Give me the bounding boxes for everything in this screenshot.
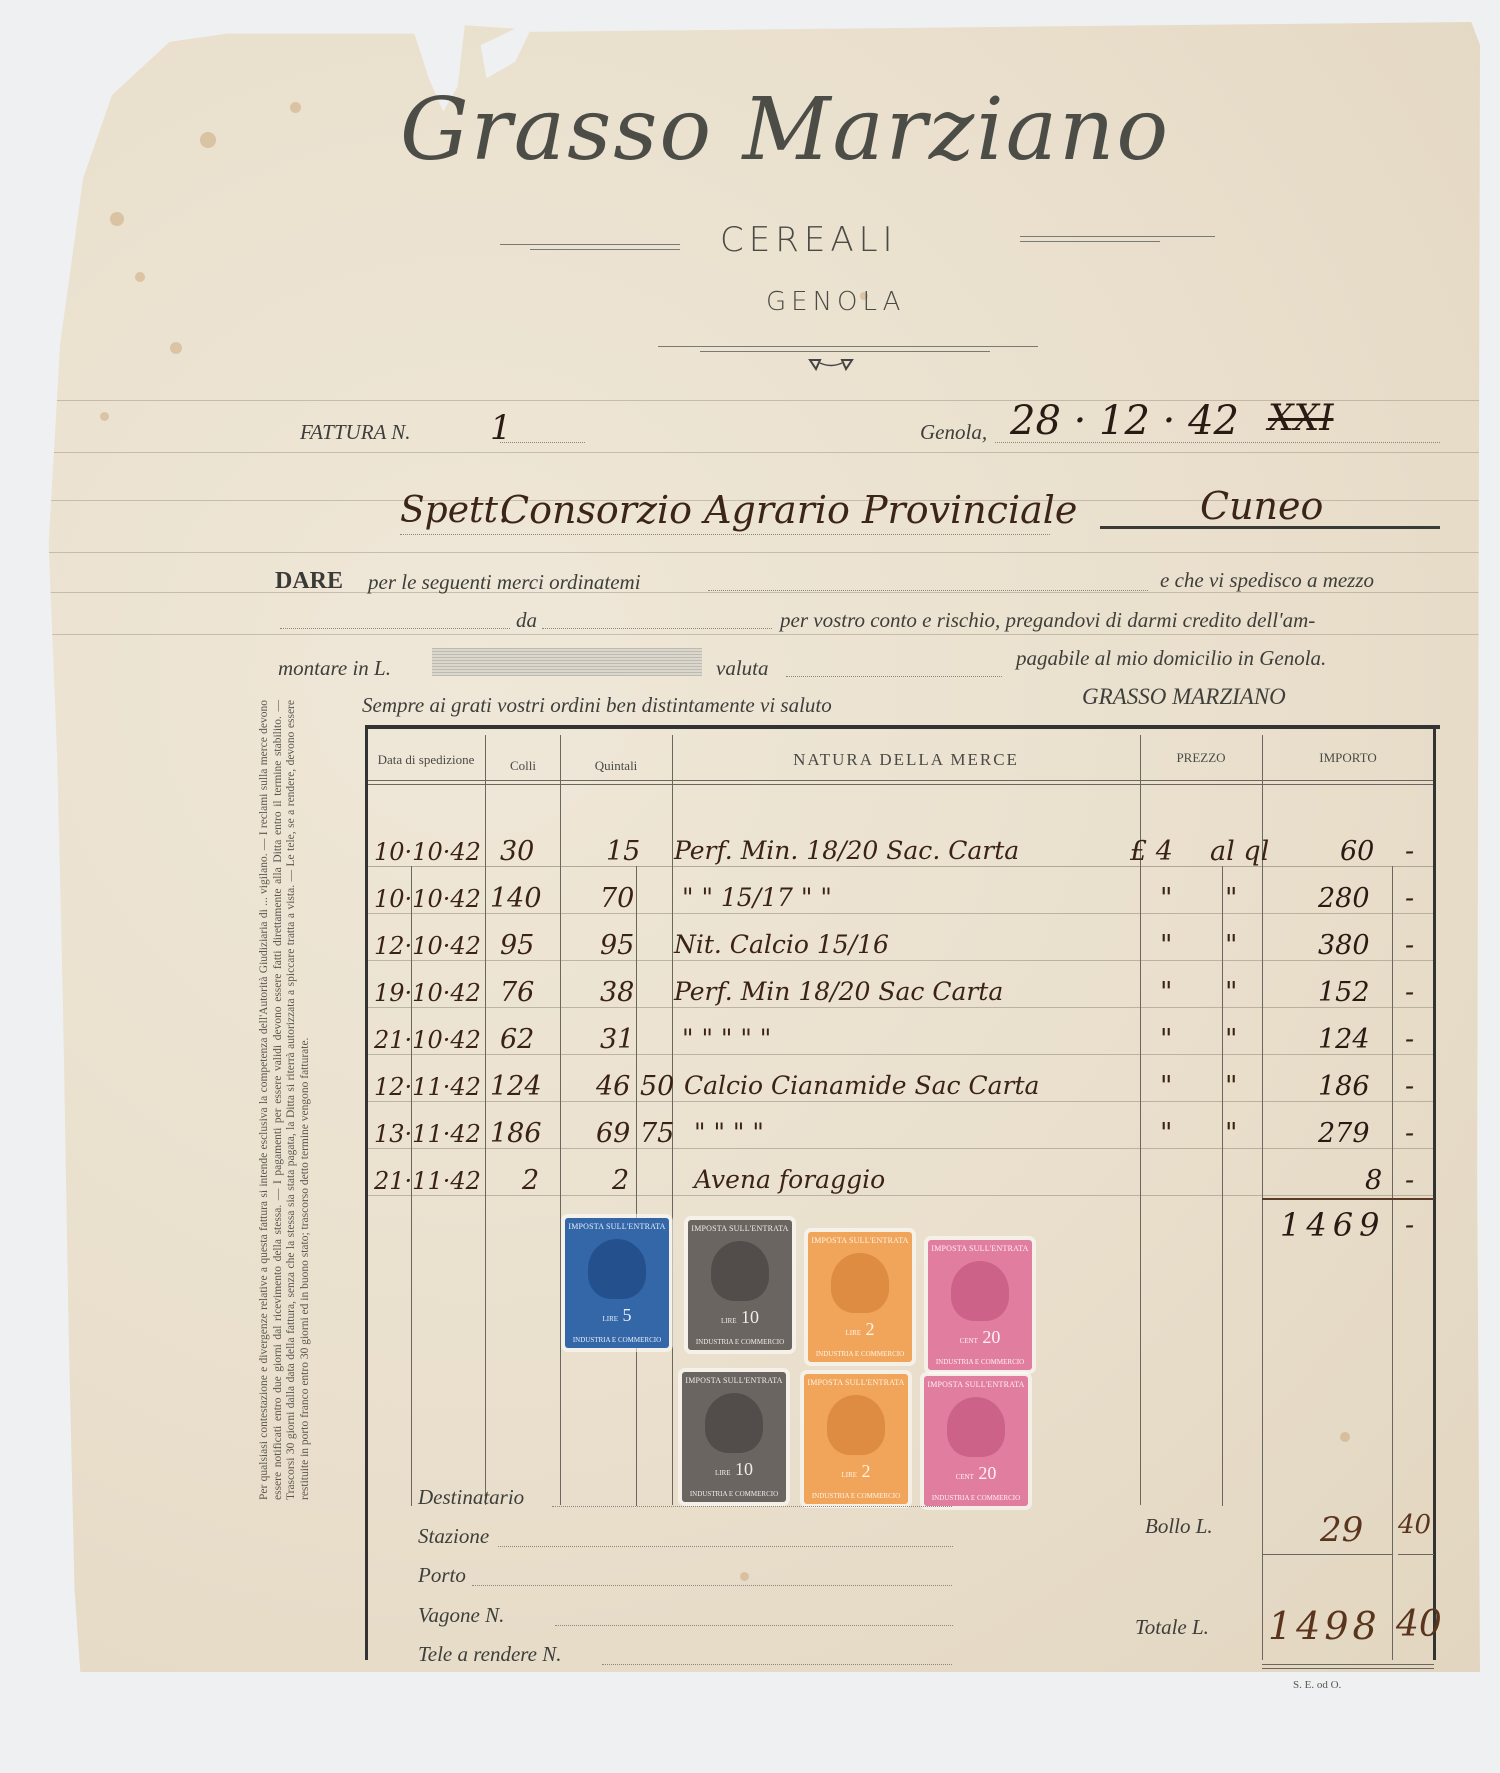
cell-date: 13·11·42 xyxy=(374,1120,481,1148)
trade-label: CEREALI xyxy=(720,220,898,260)
revenue-stamp: IMPOSTA SULL'ENTRATA LIRE 2 INDUSTRIA E … xyxy=(808,1232,912,1362)
dotted-field xyxy=(708,590,1148,591)
cell-colli: 186 xyxy=(490,1118,542,1149)
ruled-line xyxy=(40,634,1480,635)
cell-amount: 280 xyxy=(1318,883,1370,914)
recipient-name: Consorzio Agrario Provinciale xyxy=(500,488,1077,532)
stamp-header: IMPOSTA SULL'ENTRATA xyxy=(811,1236,908,1245)
cell-amount: 124 xyxy=(1318,1024,1370,1055)
cell-quintali-decimal: 50 xyxy=(640,1071,674,1102)
stamp-footer: INDUSTRIA E COMMERCIO xyxy=(932,1494,1020,1502)
stain xyxy=(110,212,124,226)
cell-amount: 60 xyxy=(1340,836,1374,867)
header-rule xyxy=(368,780,1433,781)
stamp-value: 20 xyxy=(982,1327,1000,1347)
bollo-cents: 40 xyxy=(1398,1510,1431,1540)
mercury-head-icon xyxy=(831,1253,889,1313)
subtotal-rule xyxy=(1262,1198,1434,1200)
destinatario-field xyxy=(552,1506,952,1507)
table-left-border xyxy=(365,728,368,1660)
dotted-field xyxy=(280,628,510,629)
cell-date: 12·11·42 xyxy=(374,1073,481,1101)
revenue-stamp: IMPOSTA SULL'ENTRATA CENT 20 INDUSTRIA E… xyxy=(928,1240,1032,1370)
cell-date: 21·10·42 xyxy=(374,1026,481,1054)
dotted-field xyxy=(786,676,1002,677)
preamble-line2b: per vostro conto e rischio, pregandovi d… xyxy=(780,608,1315,633)
ruled-line xyxy=(40,452,1480,453)
preamble-line1b: e che vi spedisco a mezzo xyxy=(1160,568,1374,593)
subtotal-cents: - xyxy=(1405,1210,1414,1241)
cell-colli: 62 xyxy=(500,1024,534,1055)
invoice-number-label: FATTURA N. xyxy=(300,420,410,445)
header-price: PREZZO xyxy=(1141,750,1261,765)
stamp-value: 5 xyxy=(623,1305,632,1325)
city-underline xyxy=(1100,526,1440,529)
stazione-label: Stazione xyxy=(418,1524,489,1549)
cell-price: " xyxy=(1160,977,1172,1008)
stain xyxy=(135,272,145,282)
stamp-unit: LIRE xyxy=(845,1329,861,1337)
stamp-header: IMPOSTA SULL'ENTRATA xyxy=(568,1222,665,1231)
cell-quintali: 95 xyxy=(600,930,634,961)
stain xyxy=(200,132,216,148)
mercury-head-icon xyxy=(947,1397,1005,1457)
mercury-head-icon xyxy=(827,1395,885,1455)
cell-colli: 30 xyxy=(500,836,534,867)
preamble-line1a: per le seguenti merci ordinatemi xyxy=(368,570,641,595)
column-divider xyxy=(1222,866,1223,1506)
town-label: GENOLA xyxy=(766,287,905,317)
cell-price-unit: " xyxy=(1225,977,1237,1008)
column-divider xyxy=(560,735,561,1505)
terms-margin-note: Per qualsiasi contestazione e divergenze… xyxy=(258,700,312,1500)
bollo-value: 29 xyxy=(1320,1510,1363,1550)
preamble-line3c: pagabile al mio domicilio in Genola. xyxy=(1016,646,1326,671)
divider-line xyxy=(500,244,680,245)
stain xyxy=(170,342,182,354)
tele-field xyxy=(602,1664,952,1665)
cell-date: 10·10·42 xyxy=(374,838,481,866)
cell-price-unit: " xyxy=(1225,883,1237,914)
stain xyxy=(1340,1432,1350,1442)
cell-amount-cents: - xyxy=(1405,1118,1414,1149)
cell-amount: 152 xyxy=(1318,977,1370,1008)
revenue-stamp: IMPOSTA SULL'ENTRATA CENT 20 INDUSTRIA E… xyxy=(924,1376,1028,1506)
cell-price: £ 4 xyxy=(1130,836,1173,867)
dare-label: DARE xyxy=(275,568,343,595)
cell-colli: 124 xyxy=(490,1071,542,1102)
ruled-line xyxy=(40,552,1480,553)
revenue-stamp: IMPOSTA SULL'ENTRATA LIRE 5 INDUSTRIA E … xyxy=(565,1218,669,1348)
stamp-footer: INDUSTRIA E COMMERCIO xyxy=(816,1350,904,1358)
dotted-field xyxy=(542,628,772,629)
cell-date: 21·11·42 xyxy=(374,1167,481,1195)
cell-goods: Perf. Min. 18/20 Sac. Carta xyxy=(674,836,1019,865)
place-label: Genola, xyxy=(920,420,987,445)
cell-colli: 140 xyxy=(490,883,542,914)
column-divider xyxy=(485,735,486,1505)
header-amount: IMPORTO xyxy=(1263,750,1433,765)
stamp-footer: INDUSTRIA E COMMERCIO xyxy=(696,1338,784,1346)
cell-date: 12·10·42 xyxy=(374,932,481,960)
signature-print: GRASSO MARZIANO xyxy=(1082,684,1286,710)
cell-quintali-decimal: 75 xyxy=(640,1118,674,1149)
header-date: Data di spedizione xyxy=(370,752,482,767)
table-right-border xyxy=(1433,728,1436,1660)
bow-ornament-icon xyxy=(808,358,854,372)
dotted-field xyxy=(995,442,1440,443)
stamp-value: 10 xyxy=(735,1459,753,1479)
cell-amount-cents: - xyxy=(1405,977,1414,1008)
cell-amount-cents: - xyxy=(1405,930,1414,961)
header-rule xyxy=(368,784,1433,785)
stamp-header: IMPOSTA SULL'ENTRATA xyxy=(931,1244,1028,1253)
cell-quintali: 2 xyxy=(612,1165,629,1196)
cell-amount-cents: - xyxy=(1405,836,1414,867)
stain xyxy=(740,1572,749,1581)
revenue-stamp: IMPOSTA SULL'ENTRATA LIRE 10 INDUSTRIA E… xyxy=(682,1372,786,1502)
divider-line xyxy=(530,249,680,250)
stamp-unit: CENT xyxy=(956,1473,974,1481)
cell-amount: 380 xyxy=(1318,930,1370,961)
stamp-footer: INDUSTRIA E COMMERCIO xyxy=(690,1490,778,1498)
cell-date: 19·10·42 xyxy=(374,979,481,1007)
cell-price-unit: al ql xyxy=(1210,836,1269,867)
porto-field xyxy=(472,1585,952,1586)
cell-date: 10·10·42 xyxy=(374,885,481,913)
mercury-head-icon xyxy=(588,1239,646,1299)
column-divider xyxy=(636,866,637,1506)
stamp-unit: LIRE xyxy=(721,1317,737,1325)
stamp-value: 20 xyxy=(978,1463,996,1483)
stazione-field xyxy=(498,1546,953,1547)
cell-colli: 95 xyxy=(500,930,534,961)
cell-amount-cents: - xyxy=(1405,883,1414,914)
cell-amount: 279 xyxy=(1318,1118,1370,1149)
printer-note: S. E. od O. xyxy=(1293,1679,1341,1691)
stamp-footer: INDUSTRIA E COMMERCIO xyxy=(812,1492,900,1500)
cell-price-unit: " xyxy=(1225,1071,1237,1102)
subtotal-amount: 1469 xyxy=(1280,1206,1385,1244)
cell-goods: Perf. Min 18/20 Sac Carta xyxy=(674,977,1003,1006)
preamble-line3b: valuta xyxy=(716,656,769,681)
header-goods: NATURA DELLA MERCE xyxy=(673,752,1139,767)
porto-label: Porto xyxy=(418,1563,466,1588)
cell-quintali: 46 xyxy=(596,1071,630,1102)
recipient-salutation: Spett. xyxy=(400,490,509,531)
cell-goods: Nit. Calcio 15/16 xyxy=(674,930,889,959)
invoice-date: 28 · 12 · 42 xyxy=(1010,398,1239,444)
vagone-field xyxy=(555,1625,953,1626)
stamp-header: IMPOSTA SULL'ENTRATA xyxy=(807,1378,904,1387)
stamp-footer: INDUSTRIA E COMMERCIO xyxy=(936,1358,1024,1366)
vagone-label: Vagone N. xyxy=(418,1603,504,1628)
mercury-head-icon xyxy=(705,1393,763,1453)
divider-line xyxy=(658,346,1038,347)
total-cents: 40 xyxy=(1396,1604,1442,1645)
cell-price: " xyxy=(1160,930,1172,961)
cell-goods: Avena foraggio xyxy=(694,1165,885,1194)
table-top-rule xyxy=(365,725,1440,729)
cell-quintali: 69 xyxy=(596,1118,630,1149)
stamp-unit: LIRE xyxy=(602,1315,618,1323)
cell-amount: 186 xyxy=(1318,1071,1370,1102)
cell-price-unit: " xyxy=(1225,1118,1237,1149)
bollo-underline xyxy=(1398,1554,1434,1555)
total-value: 1498 xyxy=(1268,1604,1381,1648)
cell-quintali: 31 xyxy=(600,1024,634,1055)
cell-goods: " " " " xyxy=(694,1118,764,1147)
cell-quintali: 70 xyxy=(600,883,634,914)
header-quintali: Quintali xyxy=(561,758,671,773)
stamp-value: 2 xyxy=(862,1461,871,1481)
total-rule xyxy=(1262,1668,1434,1669)
cell-price: " xyxy=(1160,1071,1172,1102)
stamp-value: 10 xyxy=(741,1307,759,1327)
stamp-value: 2 xyxy=(866,1319,875,1339)
cell-price: " xyxy=(1160,883,1172,914)
cell-price-unit: " xyxy=(1225,1024,1237,1055)
stamp-header: IMPOSTA SULL'ENTRATA xyxy=(927,1380,1024,1389)
divider-line xyxy=(700,351,990,352)
dotted-field xyxy=(500,442,585,443)
cell-amount-cents: - xyxy=(1405,1071,1414,1102)
fascist-year-struck: XXI xyxy=(1268,398,1333,439)
preamble-line3a: montare in L. xyxy=(278,656,391,681)
cell-quintali: 15 xyxy=(606,836,640,867)
cell-amount-cents: - xyxy=(1405,1024,1414,1055)
tele-label: Tele a rendere N. xyxy=(418,1642,561,1667)
amount-redacted-field xyxy=(432,648,702,676)
stamp-unit: LIRE xyxy=(841,1471,857,1479)
stain xyxy=(100,412,109,421)
stamp-footer: INDUSTRIA E COMMERCIO xyxy=(573,1336,661,1344)
cell-price-unit: " xyxy=(1225,930,1237,961)
preamble-line2a: da xyxy=(516,608,537,633)
mercury-head-icon xyxy=(711,1241,769,1301)
stamp-header: IMPOSTA SULL'ENTRATA xyxy=(691,1224,788,1233)
mercury-head-icon xyxy=(951,1261,1009,1321)
stamp-header: IMPOSTA SULL'ENTRATA xyxy=(685,1376,782,1385)
cell-price: " xyxy=(1160,1024,1172,1055)
cell-goods: " " 15/17 " " xyxy=(682,883,832,912)
total-label: Totale L. xyxy=(1135,1615,1209,1640)
total-rule xyxy=(1262,1664,1434,1665)
bollo-underline xyxy=(1262,1554,1392,1555)
company-name-script: Grasso Marziano xyxy=(400,80,1170,180)
bollo-label: Bollo L. xyxy=(1145,1514,1213,1539)
revenue-stamp: IMPOSTA SULL'ENTRATA LIRE 2 INDUSTRIA E … xyxy=(804,1374,908,1504)
cell-amount: 8 xyxy=(1365,1165,1382,1196)
cell-quintali: 38 xyxy=(600,977,634,1008)
cell-colli: 76 xyxy=(500,977,534,1008)
ruled-line xyxy=(40,400,1480,401)
cell-colli: 2 xyxy=(522,1165,539,1196)
stamp-unit: CENT xyxy=(960,1337,978,1345)
cell-goods: " " " " " xyxy=(682,1024,771,1053)
recipient-city: Cuneo xyxy=(1200,484,1323,528)
divider-line xyxy=(1020,241,1160,242)
cell-price: " xyxy=(1160,1118,1172,1149)
column-divider xyxy=(1392,866,1393,1660)
cell-goods: Calcio Cianamide Sac Carta xyxy=(684,1071,1039,1100)
revenue-stamp: IMPOSTA SULL'ENTRATA LIRE 10 INDUSTRIA E… xyxy=(688,1220,792,1350)
stain xyxy=(290,102,301,113)
cell-amount-cents: - xyxy=(1405,1165,1414,1196)
header-colli: Colli xyxy=(486,758,560,773)
closing-line: Sempre ai grati vostri ordini ben distin… xyxy=(362,693,832,718)
divider-line xyxy=(1020,236,1215,237)
dotted-field xyxy=(400,534,1050,535)
stamp-unit: LIRE xyxy=(715,1469,731,1477)
destinatario-label: Destinatario xyxy=(418,1485,524,1510)
